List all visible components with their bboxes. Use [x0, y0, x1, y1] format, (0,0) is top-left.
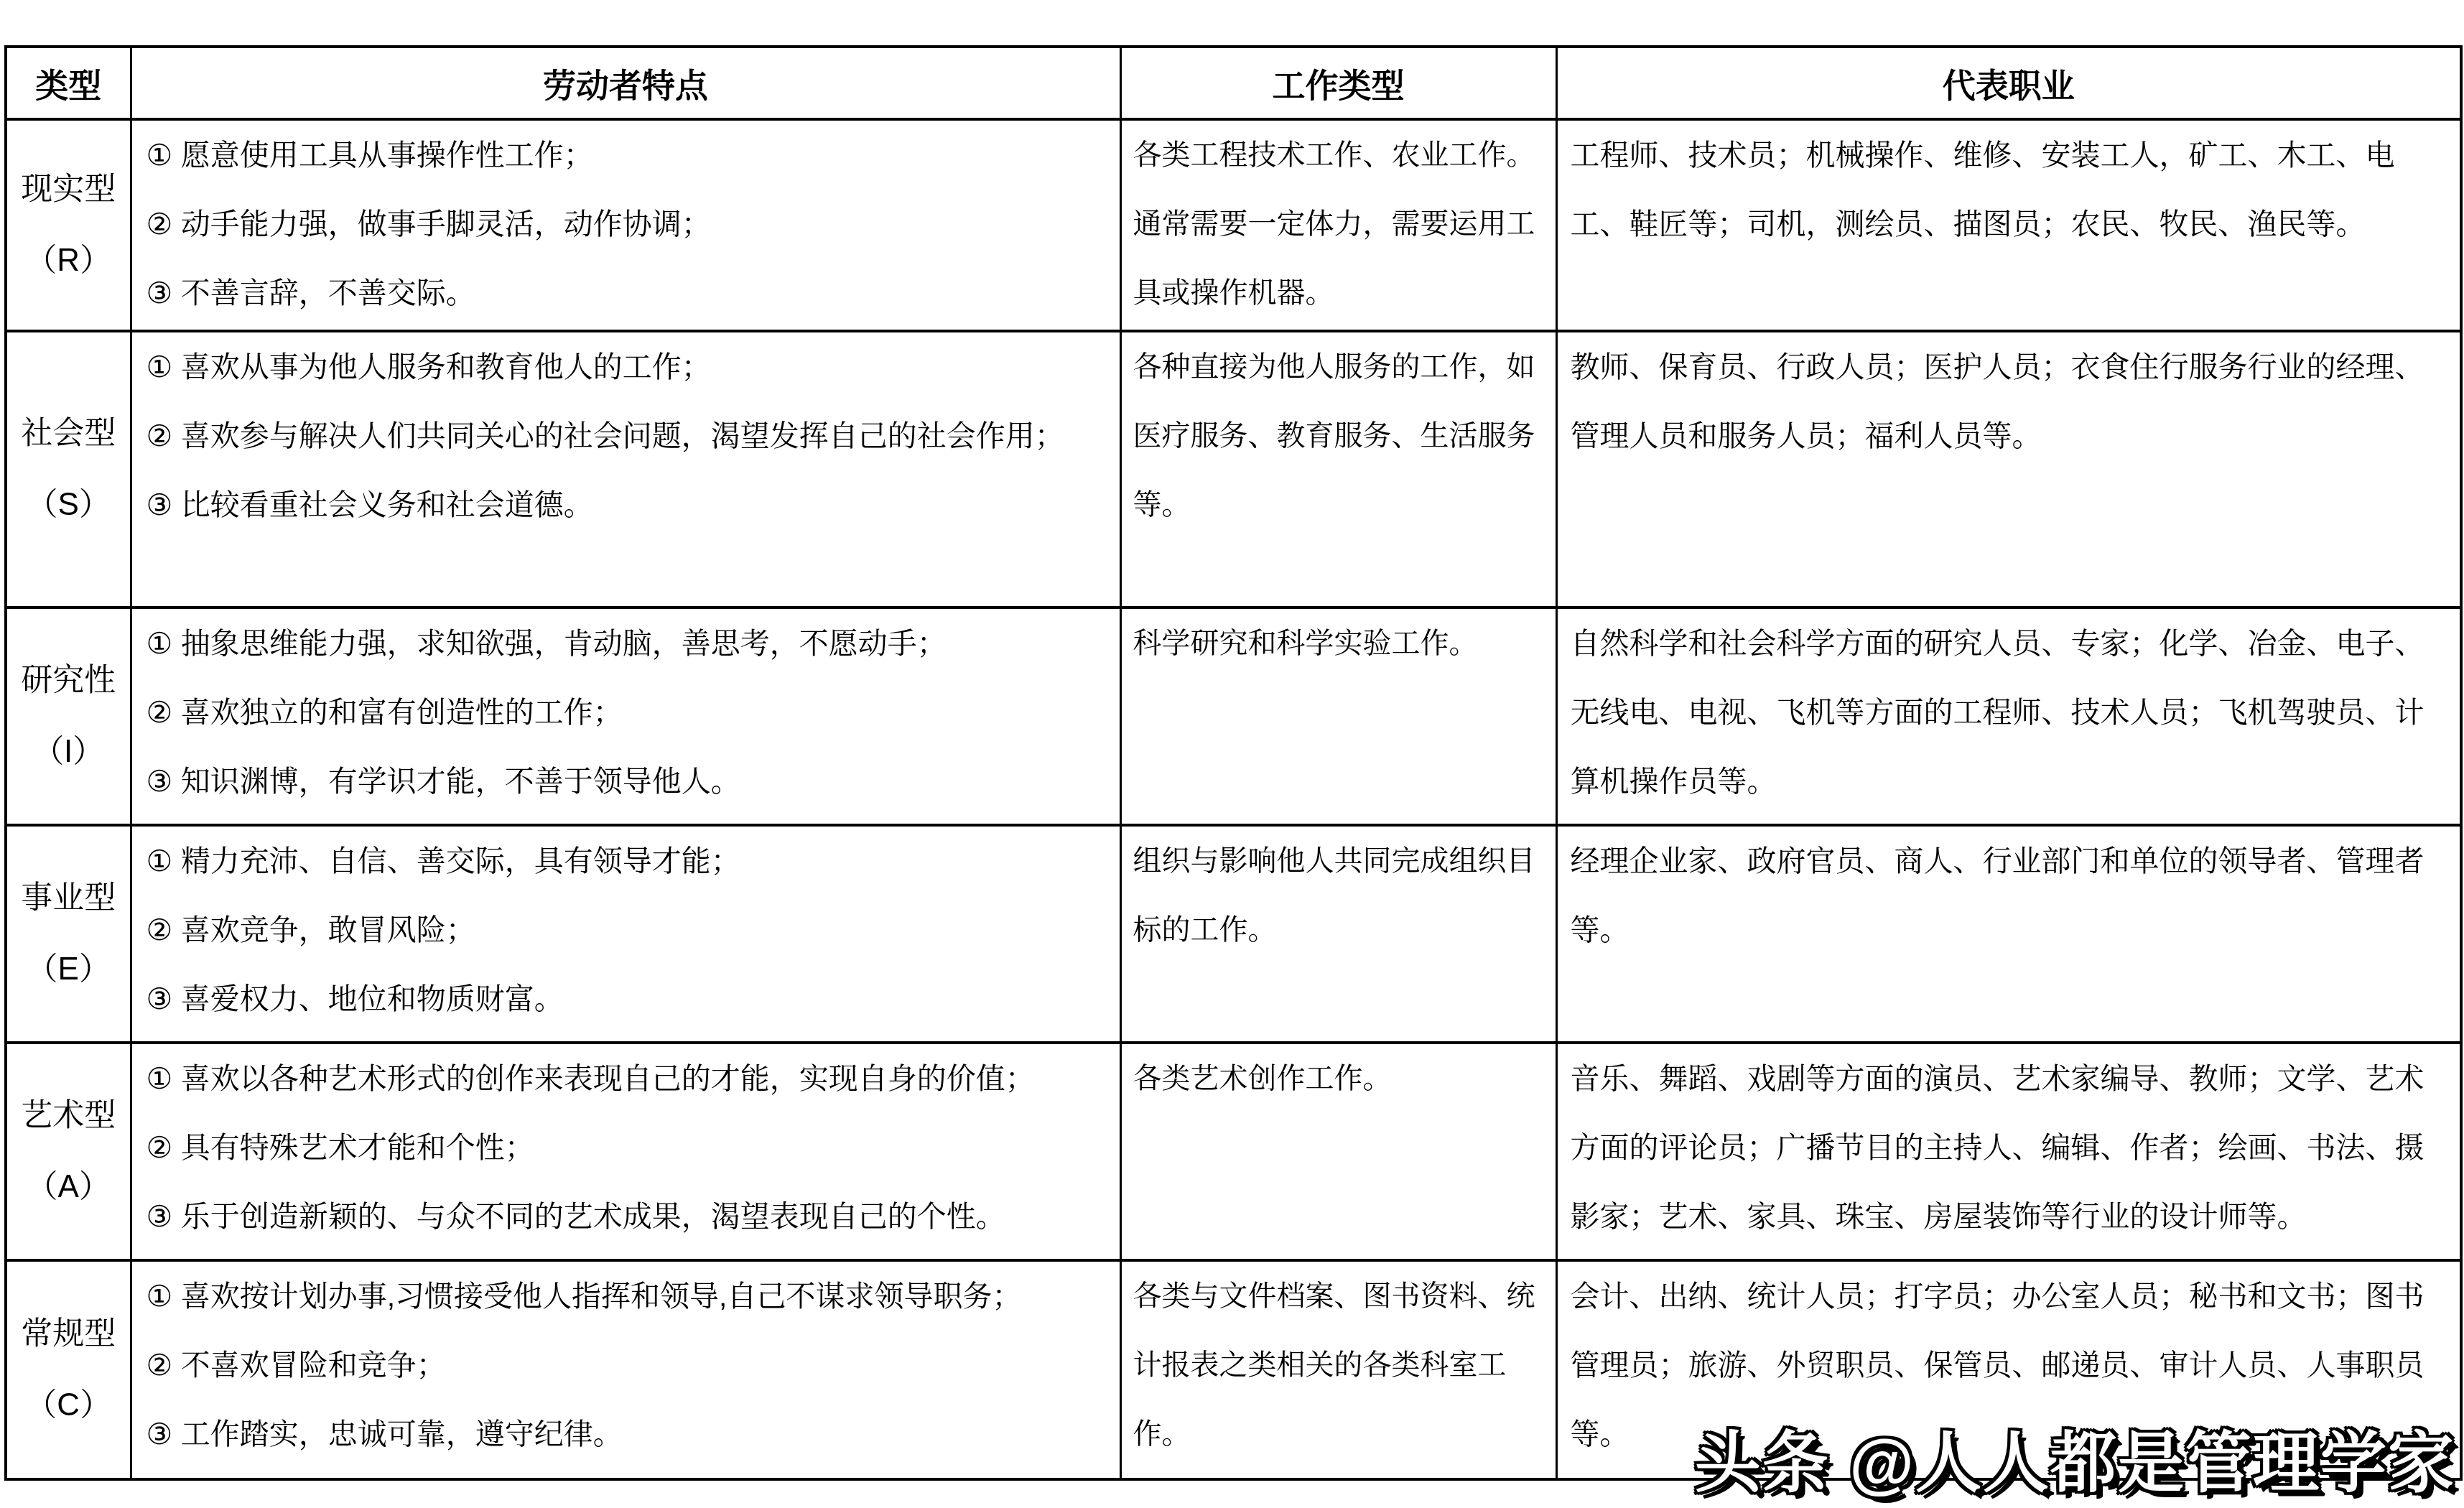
- header-traits: 劳动者特点: [131, 47, 1120, 119]
- trait-item: ③ 知识渊博，有学识才能，不善于领导他人。: [147, 747, 1079, 816]
- table-row-enterprising: 事业型 （E） ① 精力充沛、自信、善交际，具有领导才能； ② 喜欢竞争，敢冒风…: [6, 825, 2461, 1043]
- trait-item: ① 喜欢以各种艺术形式的创作来表现自己的才能，实现自身的价值；: [147, 1044, 1079, 1113]
- traits-cell: ① 喜欢从事为他人服务和教育他人的工作； ② 喜欢参与解决人们共同关心的社会问题…: [131, 331, 1120, 608]
- trait-item: ① 精力充沛、自信、善交际，具有领导才能；: [147, 827, 1079, 895]
- header-row: 类型 劳动者特点 工作类型 代表职业: [6, 47, 2461, 119]
- trait-item: ② 具有特殊艺术才能和个性；: [147, 1113, 1079, 1182]
- type-name: 事业型: [7, 880, 130, 918]
- trait-item: ① 喜欢按计划办事,习惯接受他人指挥和领导,自己不谋求领导职务；: [147, 1262, 1079, 1331]
- trait-item: ③ 乐于创造新颖的、与众不同的艺术成果，渴望表现自己的个性。: [147, 1182, 1079, 1251]
- trait-item: ③ 比较看重社会义务和社会道德。: [147, 470, 1079, 539]
- work-type-cell: 科学研究和科学实验工作。: [1120, 608, 1556, 825]
- traits-cell: ① 愿意使用工具从事操作性工作； ② 动手能力强，做事手脚灵活，动作协调； ③ …: [131, 119, 1120, 331]
- type-name: 研究性: [7, 662, 130, 700]
- trait-item: ② 不喜欢冒险和竞争；: [147, 1331, 1079, 1400]
- header-type: 类型: [6, 47, 131, 119]
- jobs-cell: 自然科学和社会科学方面的研究人员、专家；化学、冶金、电子、无线电、电视、飞机等方…: [1556, 608, 2461, 825]
- trait-item: ② 喜欢独立的和富有创造性的工作；: [147, 678, 1079, 747]
- jobs-cell: 音乐、舞蹈、戏剧等方面的演员、艺术家编导、教师；文学、艺术方面的评论员；广播节目…: [1556, 1043, 2461, 1260]
- type-cell: 事业型 （E）: [6, 825, 131, 1043]
- type-code: （S）: [7, 486, 130, 524]
- type-name: 社会型: [7, 415, 130, 453]
- type-code: （C）: [7, 1387, 130, 1425]
- trait-item: ③ 喜爱权力、地位和物质财富。: [147, 964, 1079, 1033]
- work-type-cell: 各类工程技术工作、农业工作。通常需要一定体力，需要运用工具或操作机器。: [1120, 119, 1556, 331]
- type-name: 现实型: [7, 171, 130, 209]
- type-code: （I）: [7, 733, 130, 771]
- type-cell: 社会型 （S）: [6, 331, 131, 608]
- type-name: 常规型: [7, 1316, 130, 1354]
- trait-item: ① 抽象思维能力强，求知欲强，肯动脑，善思考，不愿动手；: [147, 609, 1079, 678]
- trait-item: ② 喜欢竞争，敢冒风险；: [147, 895, 1079, 964]
- holland-types-table: 类型 劳动者特点 工作类型 代表职业 现实型 （R） ① 愿意使用工具从事操作性…: [4, 45, 2463, 1481]
- traits-cell: ① 精力充沛、自信、善交际，具有领导才能； ② 喜欢竞争，敢冒风险； ③ 喜爱权…: [131, 825, 1120, 1043]
- type-code: （E）: [7, 951, 130, 989]
- traits-cell: ① 抽象思维能力强，求知欲强，肯动脑，善思考，不愿动手； ② 喜欢独立的和富有创…: [131, 608, 1120, 825]
- traits-cell: ① 喜欢以各种艺术形式的创作来表现自己的才能，实现自身的价值； ② 具有特殊艺术…: [131, 1043, 1120, 1260]
- work-type-cell: 组织与影响他人共同完成组织目标的工作。: [1120, 825, 1556, 1043]
- type-cell: 研究性 （I）: [6, 608, 131, 825]
- type-cell: 艺术型 （A）: [6, 1043, 131, 1260]
- table-row-investigative: 研究性 （I） ① 抽象思维能力强，求知欲强，肯动脑，善思考，不愿动手； ② 喜…: [6, 608, 2461, 825]
- type-cell: 现实型 （R）: [6, 119, 131, 331]
- jobs-cell: 工程师、技术员；机械操作、维修、安装工人，矿工、木工、电工、鞋匠等；司机，测绘员…: [1556, 119, 2461, 331]
- toutiao-watermark: 头条 @人人都是管理学家: [1695, 1410, 2455, 1505]
- type-code: （A）: [7, 1168, 130, 1206]
- trait-item: ② 喜欢参与解决人们共同关心的社会问题，渴望发挥自己的社会作用；: [147, 401, 1079, 470]
- jobs-cell: 教师、保育员、行政人员；医护人员；衣食住行服务行业的经理、管理人员和服务人员；福…: [1556, 331, 2461, 608]
- trait-item: ① 喜欢从事为他人服务和教育他人的工作；: [147, 332, 1079, 401]
- type-code: （R）: [7, 242, 130, 280]
- work-type-cell: 各种直接为他人服务的工作，如医疗服务、教育服务、生活服务等。: [1120, 331, 1556, 608]
- header-jobs: 代表职业: [1556, 47, 2461, 119]
- page: 类型 劳动者特点 工作类型 代表职业 现实型 （R） ① 愿意使用工具从事操作性…: [0, 0, 2464, 1508]
- header-work: 工作类型: [1120, 47, 1556, 119]
- trait-item: ② 动手能力强，做事手脚灵活，动作协调；: [147, 190, 1079, 259]
- trait-item: ① 愿意使用工具从事操作性工作；: [147, 121, 1079, 190]
- trait-item: ③ 工作踏实，忠诚可靠，遵守纪律。: [147, 1400, 1079, 1469]
- type-cell: 常规型 （C）: [6, 1260, 131, 1479]
- type-name: 艺术型: [7, 1097, 130, 1135]
- work-type-cell: 各类艺术创作工作。: [1120, 1043, 1556, 1260]
- table-row-social: 社会型 （S） ① 喜欢从事为他人服务和教育他人的工作； ② 喜欢参与解决人们共…: [6, 331, 2461, 608]
- trait-item: ③ 不善言辞，不善交际。: [147, 259, 1079, 327]
- jobs-cell: 经理企业家、政府官员、商人、行业部门和单位的领导者、管理者等。: [1556, 825, 2461, 1043]
- table-row-realistic: 现实型 （R） ① 愿意使用工具从事操作性工作； ② 动手能力强，做事手脚灵活，…: [6, 119, 2461, 331]
- work-type-cell: 各类与文件档案、图书资料、统计报表之类相关的各类科室工作。: [1120, 1260, 1556, 1479]
- table-row-artistic: 艺术型 （A） ① 喜欢以各种艺术形式的创作来表现自己的才能，实现自身的价值； …: [6, 1043, 2461, 1260]
- traits-cell: ① 喜欢按计划办事,习惯接受他人指挥和领导,自己不谋求领导职务； ② 不喜欢冒险…: [131, 1260, 1120, 1479]
